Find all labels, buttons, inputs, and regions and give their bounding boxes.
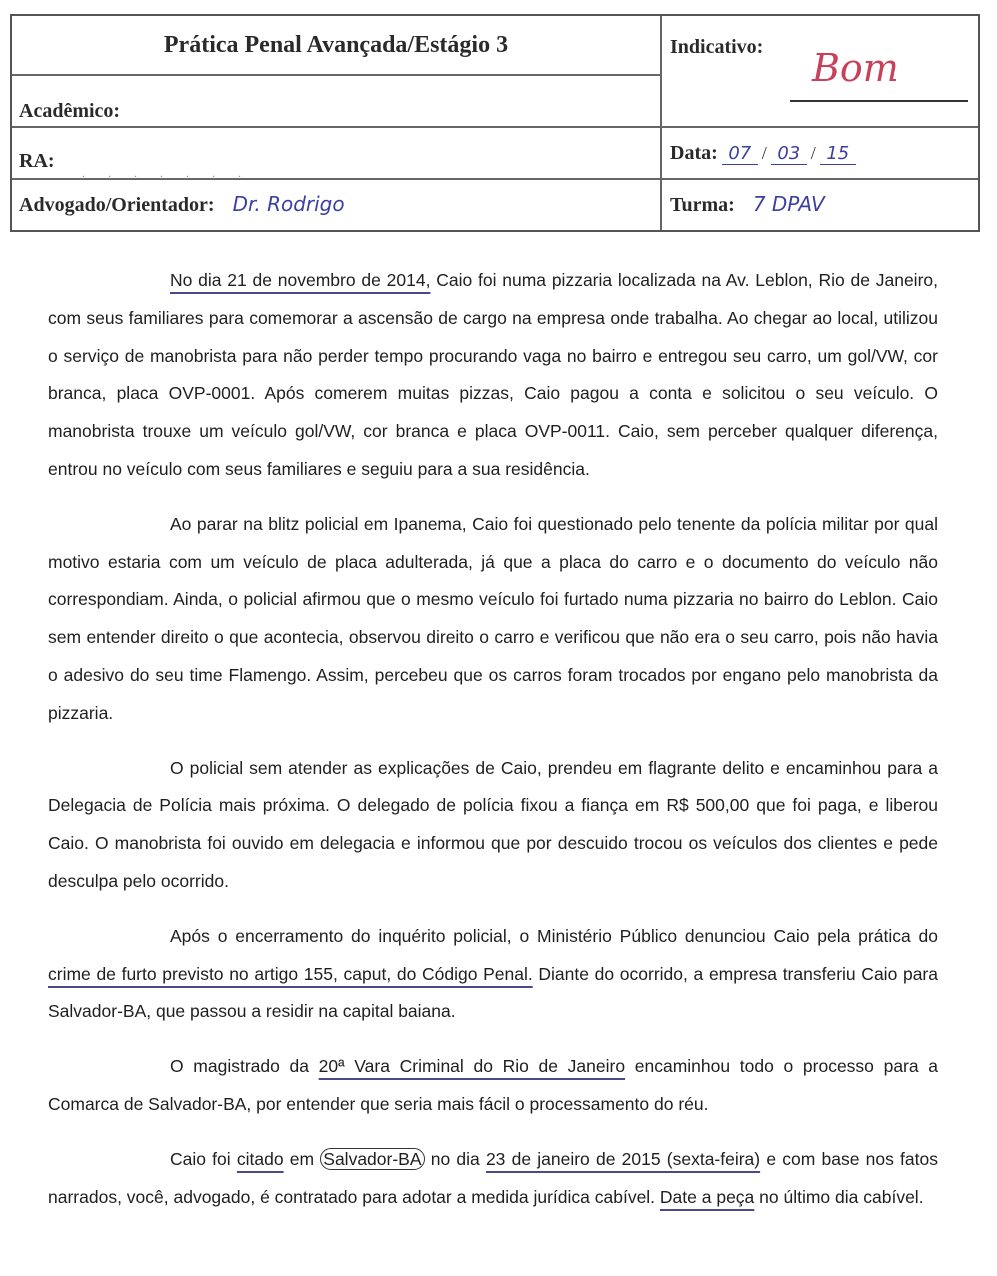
paragraph-6-post: no último dia cabível. — [754, 1187, 923, 1207]
turma-label: Turma: — [670, 194, 735, 216]
circled-city: Salvador-BA — [320, 1148, 424, 1170]
paragraph-6-mid1: em — [284, 1149, 321, 1169]
turma-field: Turma: 7 DPAV — [662, 180, 978, 230]
advogado-field: Advogado/Orientador: Dr. Rodrigo — [12, 180, 662, 230]
paragraph-6-mid2: no dia — [425, 1149, 486, 1169]
ra-label: RA: — [19, 150, 55, 172]
header-form-table: Prática Penal Avançada/Estágio 3 Acadêmi… — [10, 14, 980, 232]
paragraph-6: Caio foi citado em Salvador-BA no dia 23… — [48, 1141, 938, 1217]
data-label: Data: — [670, 142, 718, 164]
data-month: 03 — [771, 143, 807, 165]
underlined-court: 20ª Vara Criminal do Rio de Janeiro — [319, 1056, 625, 1076]
advogado-label: Advogado/Orientador: — [19, 194, 215, 216]
underlined-citado: citado — [237, 1149, 284, 1169]
indicativo-label: Indicativo: — [670, 36, 763, 58]
paragraph-6-pre: Caio foi — [170, 1149, 237, 1169]
paragraph-1: No dia 21 de novembro de 2014, Caio foi … — [48, 262, 938, 489]
paragraph-2: Ao parar na blitz policial em Ipanema, C… — [48, 506, 938, 733]
data-day: 07 — [722, 143, 758, 165]
ra-field: RA: . . . . . . . — [12, 128, 662, 180]
case-statement: No dia 21 de novembro de 2014, Caio foi … — [48, 262, 938, 1233]
underlined-crime: crime de furto previsto no artigo 155, c… — [48, 964, 533, 984]
paragraph-4: Após o encerramento do inquérito policia… — [48, 918, 938, 1031]
paragraph-5-pre: O magistrado da — [170, 1056, 319, 1076]
turma-value: 7 DPAV — [753, 192, 825, 216]
data-year: 15 — [820, 143, 856, 165]
indicativo-field: Indicativo: Bom — [662, 16, 978, 128]
advogado-value: Dr. Rodrigo — [233, 192, 345, 216]
paragraph-4-pre: Após o encerramento do inquérito policia… — [170, 926, 938, 946]
underlined-citation-date: 23 de janeiro de 2015 (sexta-feira) — [486, 1149, 760, 1169]
underlined-date: No dia 21 de novembro de 2014, — [170, 270, 430, 290]
form-title-cell: Prática Penal Avançada/Estágio 3 — [12, 16, 662, 76]
academico-field: Acadêmico: — [12, 76, 662, 128]
indicativo-line — [790, 100, 968, 102]
form-title: Prática Penal Avançada/Estágio 3 — [164, 32, 508, 59]
ra-value: . . . . . . . — [82, 166, 251, 181]
indicativo-grade: Bom — [812, 46, 899, 90]
underlined-instruction: Date a peça — [660, 1187, 754, 1207]
paragraph-3: O policial sem atender as explicações de… — [48, 750, 938, 901]
paragraph-1-text: Caio foi numa pizzaria localizada na Av.… — [48, 270, 938, 479]
data-field: Data: 07/03/15 — [662, 128, 978, 180]
academico-label: Acadêmico: — [19, 100, 120, 122]
paragraph-5: O magistrado da 20ª Vara Criminal do Rio… — [48, 1048, 938, 1124]
